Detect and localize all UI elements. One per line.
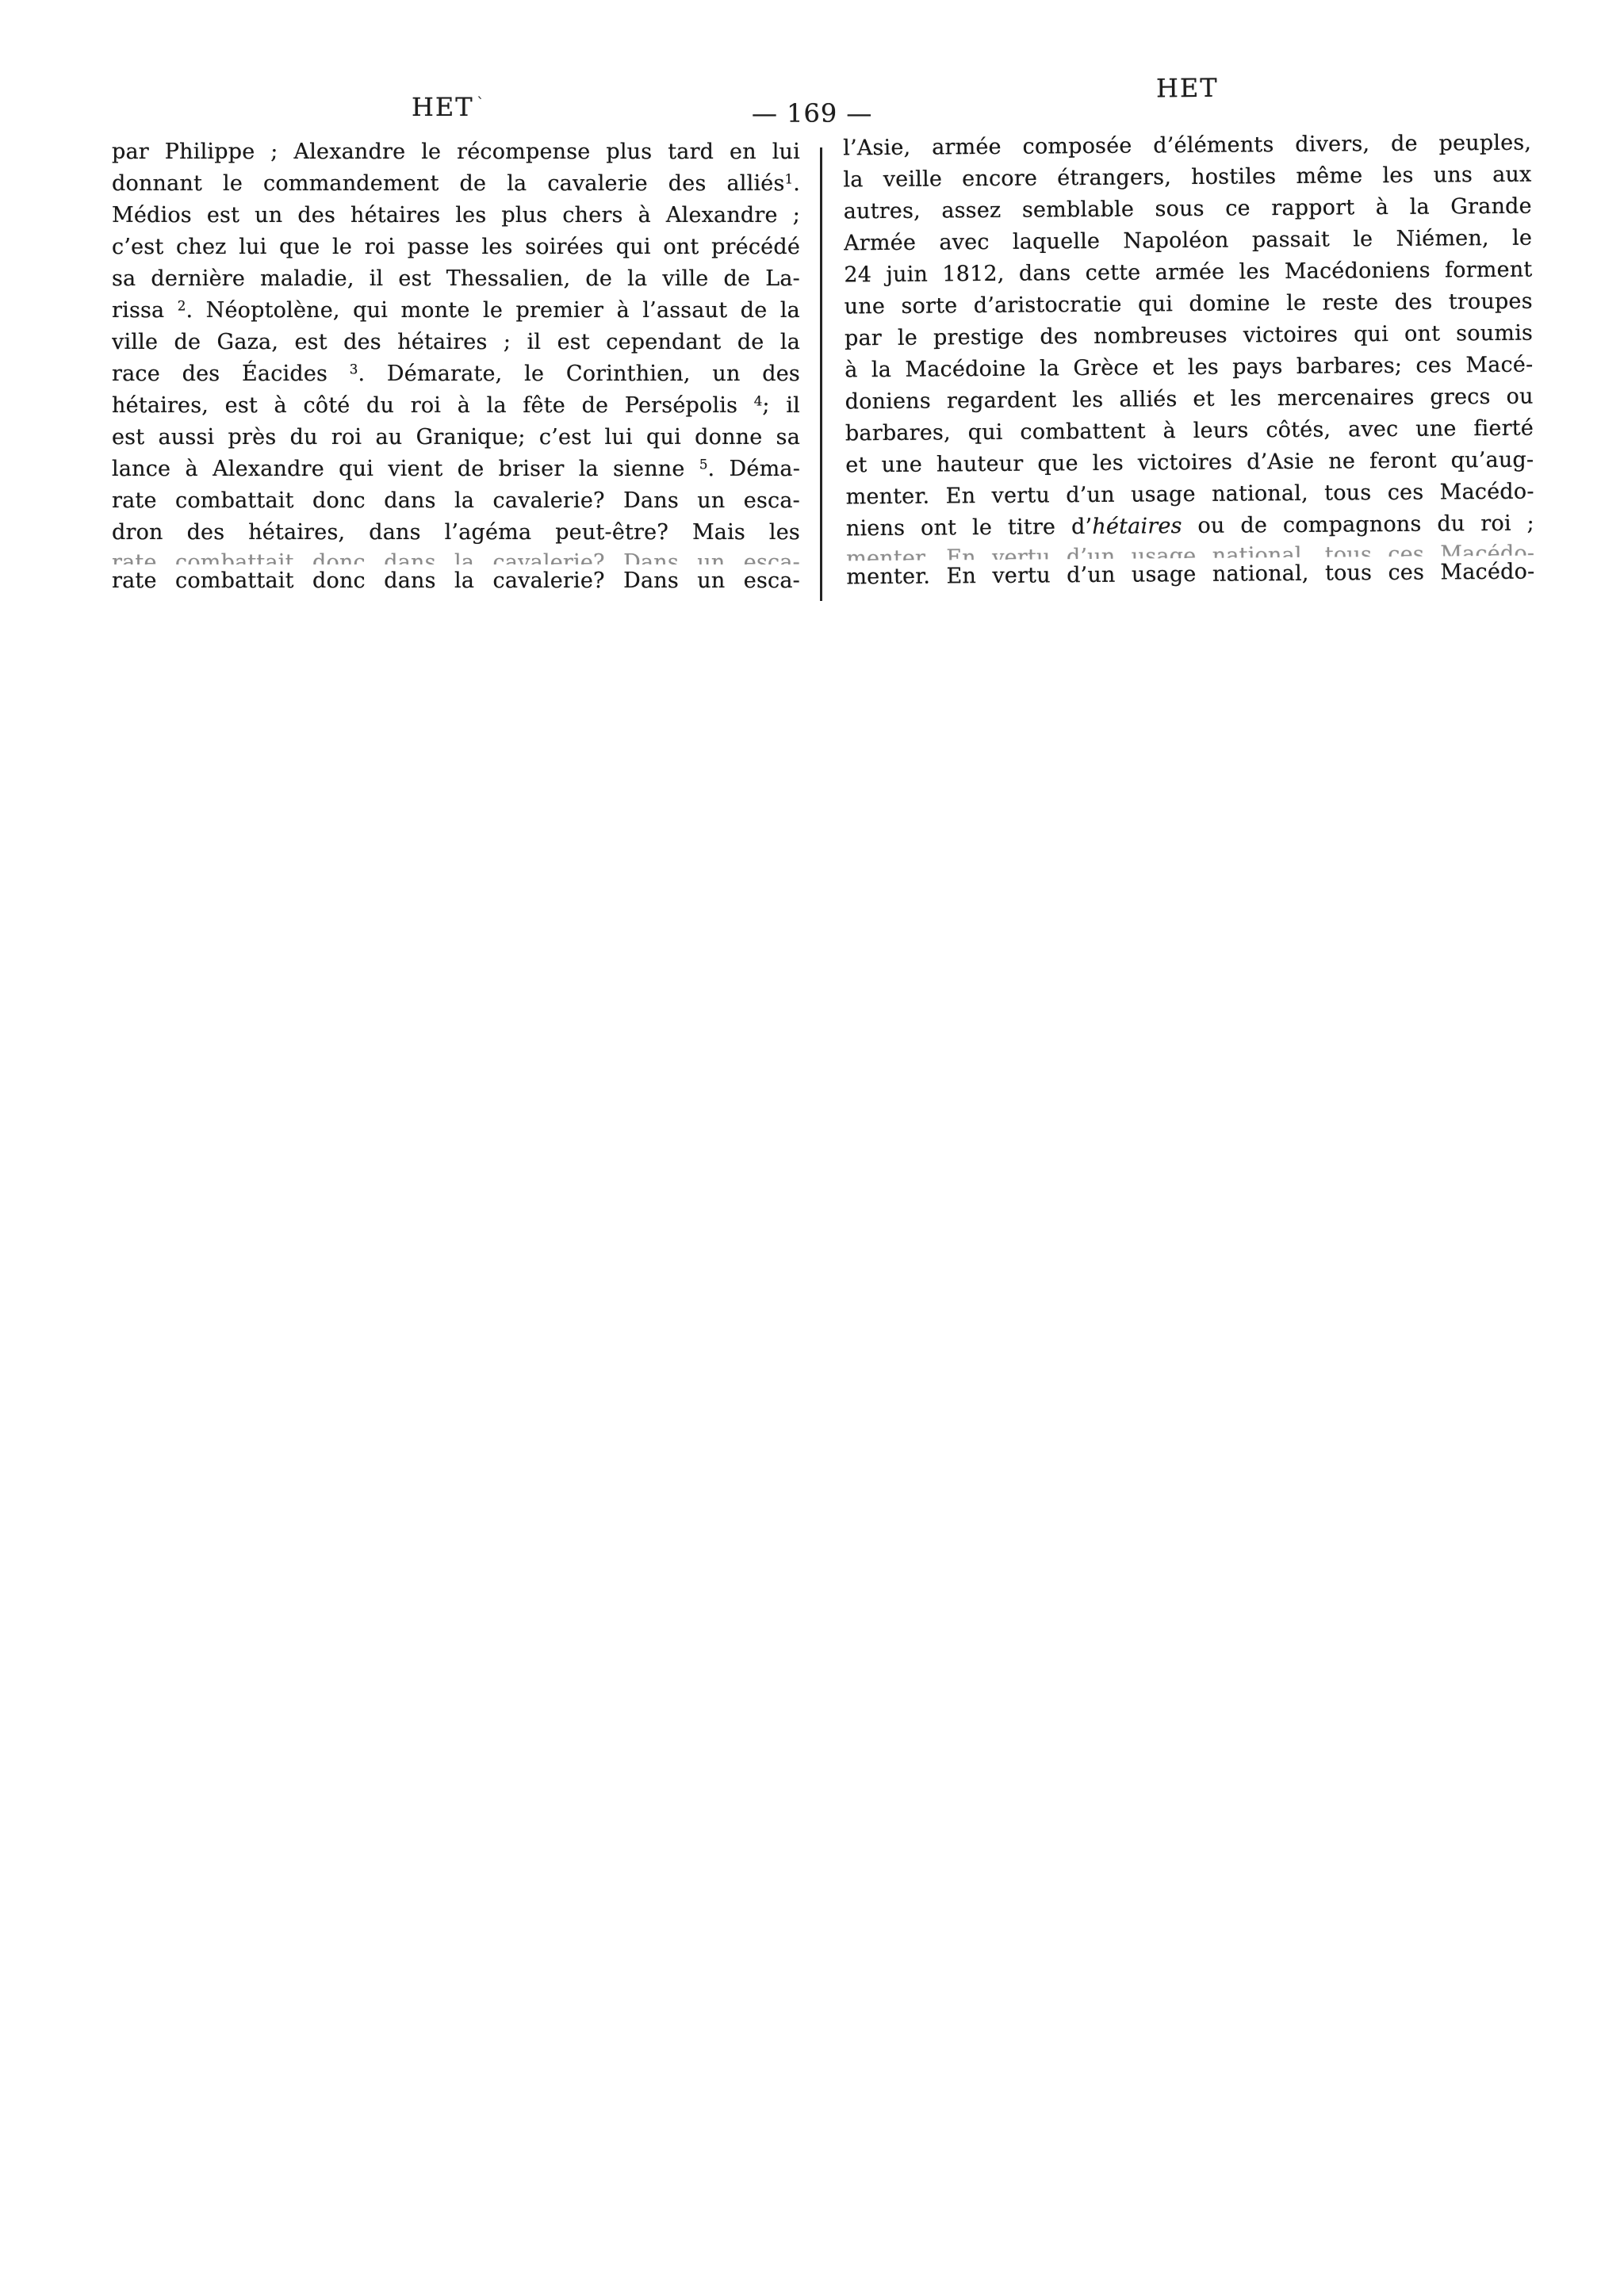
text-line: c’est chez lui que le roi passe les soir… bbox=[112, 232, 800, 263]
text-line: Médios est un des hétaires les plus cher… bbox=[112, 200, 800, 232]
text-line: est aussi près du roi au Granique; c’est… bbox=[112, 422, 800, 453]
footnote-reference: 1 bbox=[785, 171, 794, 187]
text-line: et une hauteur que les victoires d’Asie … bbox=[845, 445, 1534, 482]
right-column-lines: l’Asie, armée composée d’éléments divers… bbox=[843, 128, 1534, 545]
footnote-reference: 3 bbox=[350, 362, 358, 377]
text-line: niens ont le titre d’hétaires ou de comp… bbox=[846, 508, 1534, 545]
scanned-book-page: HET ˋ — 169 — HET par Philippe ; Alexand… bbox=[0, 0, 1624, 2296]
text-line: la veille encore étrangers, hostiles mêm… bbox=[843, 159, 1531, 197]
text-line: par Philippe ; Alexandre le récompense p… bbox=[112, 136, 800, 168]
italic-term: hétaires bbox=[1092, 514, 1182, 539]
text-segment: lance à Alexandre qui vient de briser la… bbox=[112, 457, 699, 481]
text-segment: . Démarate, le Corinthien, un des bbox=[358, 362, 800, 386]
footnote-reference: 2 bbox=[178, 298, 186, 314]
running-head-left: HET bbox=[412, 92, 474, 122]
running-head-right: HET bbox=[1156, 73, 1219, 104]
text-line: 24 juin 1812, dans cette armée les Macéd… bbox=[844, 254, 1532, 292]
text-line: une sorte d’aristocratie qui domine le r… bbox=[845, 286, 1533, 323]
clipped-ghost-line-artifact: rate combattait donc dans la cavalerie? … bbox=[112, 553, 800, 564]
text-line: barbares, qui combattent à leurs côtés, … bbox=[845, 413, 1534, 450]
text-line: dron des hétaires, dans l’agéma peut-êtr… bbox=[112, 517, 800, 549]
text-line: autres, assez semblable sous ce rapport … bbox=[844, 191, 1532, 228]
repeated-line-artifact: rate combattait donc dans la cavalerie? … bbox=[112, 565, 800, 597]
text-segment: rissa bbox=[112, 298, 178, 323]
text-line: rate combattait donc dans la cavalerie? … bbox=[112, 485, 800, 517]
text-segment: donnant le commandement de la cavalerie … bbox=[112, 171, 785, 196]
text-segment: race des Éacides bbox=[112, 362, 350, 386]
text-segment: . Déma- bbox=[708, 457, 801, 481]
text-line: par le prestige des nombreuses victoires… bbox=[845, 318, 1533, 355]
text-line: donnant le commandement de la cavalerie … bbox=[112, 168, 800, 200]
right-column: l’Asie, armée composée d’éléments divers… bbox=[843, 128, 1535, 594]
footnote-reference: 5 bbox=[699, 457, 708, 473]
text-line: Armée avec laquelle Napoléon passait le … bbox=[844, 223, 1532, 260]
text-line: à la Macédoine la Grèce et les pays barb… bbox=[845, 350, 1533, 387]
scan-speck: ˋ bbox=[477, 94, 485, 113]
text-segment: . Néoptolène, qui monte le premier à l’a… bbox=[186, 298, 800, 323]
text-segment: . bbox=[793, 171, 800, 196]
text-segment: hétaires, est à côté du roi à la fête de… bbox=[112, 393, 754, 418]
text-line: hétaires, est à côté du roi à la fête de… bbox=[112, 390, 800, 422]
left-column-lines: par Philippe ; Alexandre le récompense p… bbox=[112, 136, 800, 549]
text-line: menter. En vertu d’un usage national, to… bbox=[845, 476, 1534, 514]
text-line: doniens regardent les alliés et les merc… bbox=[845, 381, 1534, 419]
repeated-line-artifact: menter. En vertu d’un usage national, to… bbox=[846, 557, 1534, 594]
footnote-reference: 4 bbox=[754, 393, 763, 409]
column-divider-rule bbox=[820, 147, 822, 601]
text-segment: ; il bbox=[762, 393, 800, 418]
text-line: sa dernière maladie, il est Thessalien, … bbox=[112, 263, 800, 295]
page-number: — 169 — bbox=[752, 98, 872, 128]
left-column: par Philippe ; Alexandre le récompense p… bbox=[112, 136, 800, 597]
text-line: rissa 2. Néoptolène, qui monte le premie… bbox=[112, 295, 800, 327]
text-line: l’Asie, armée composée d’éléments divers… bbox=[843, 128, 1531, 165]
text-segment: ou de compagnons du roi ; bbox=[1182, 511, 1534, 538]
text-line: race des Éacides 3. Démarate, le Corinth… bbox=[112, 358, 800, 390]
text-line: ville de Gaza, est des hétaires ; il est… bbox=[112, 327, 800, 358]
text-line: lance à Alexandre qui vient de briser la… bbox=[112, 453, 800, 485]
ghost-line-text: rate combattait donc dans la cavalerie? … bbox=[112, 553, 800, 564]
text-segment: niens ont le titre d’ bbox=[846, 515, 1093, 541]
